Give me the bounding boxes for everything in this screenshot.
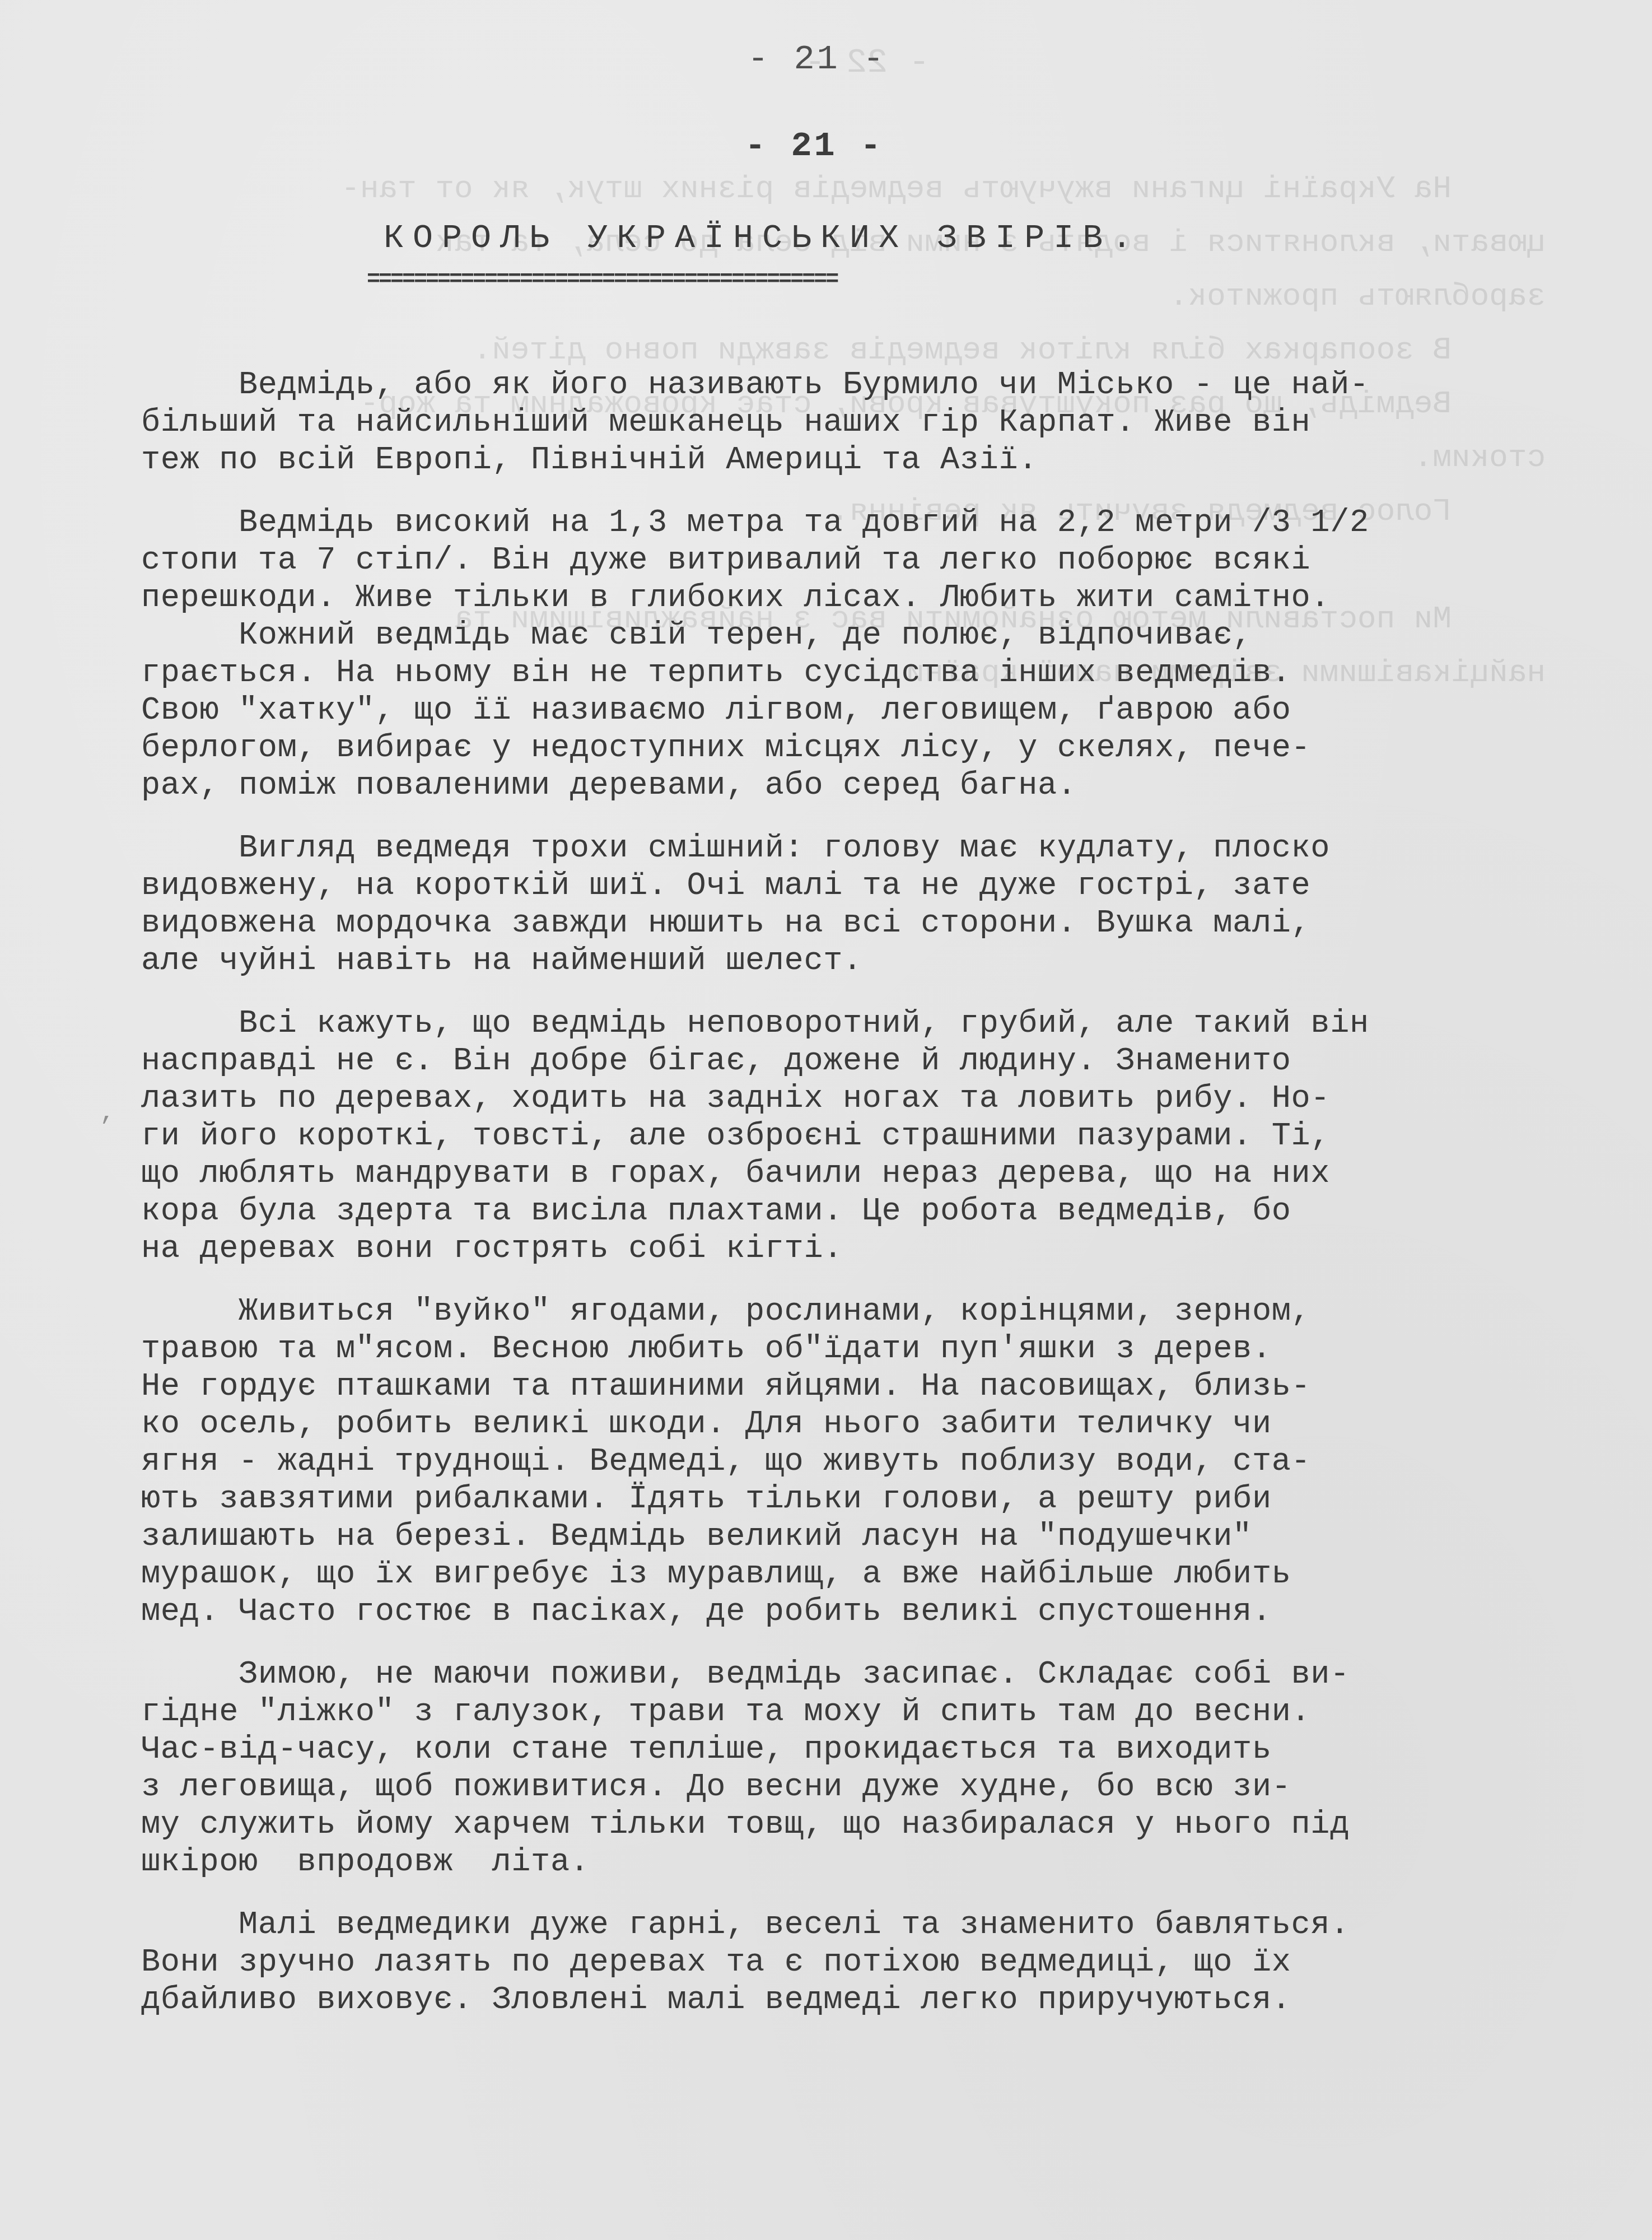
text-line: ють завзятими рибалками. Їдять тільки го… xyxy=(141,1481,1575,1519)
document-title: КОРОЛЬ УКРАЇНСЬКИХ ЗВІРІВ. xyxy=(384,220,1141,258)
text-line: насправді не є. Він добре бігає, дожене … xyxy=(141,1043,1575,1081)
text-line: але чуйні навіть на найменший шелест. xyxy=(141,943,1575,980)
paragraph: Всі кажуть, що ведмідь неповоротний, гру… xyxy=(141,1005,1575,1268)
text-line: Вони зручно лазять по деревах та є потіх… xyxy=(141,1944,1575,1982)
text-line: з леговища, щоб поживитися. До весни дуж… xyxy=(141,1769,1575,1806)
text-line: кора була здерта та висіла плахтами. Це … xyxy=(141,1193,1575,1231)
text-line: му служить йому харчем тільки товщ, що н… xyxy=(141,1806,1575,1844)
paragraph: Вигляд ведмедя трохи смішний: голову має… xyxy=(141,830,1575,980)
text-line: Час-від-часу, коли стане тепліше, прокид… xyxy=(141,1731,1575,1769)
text-line: на деревах вони гострять собі кігті. xyxy=(141,1231,1575,1268)
text-line: Вигляд ведмедя трохи смішний: голову має… xyxy=(141,830,1575,868)
text-line: ко осель, робить великі шкоди. Для нього… xyxy=(141,1406,1575,1443)
text-line: грається. На ньому він не терпить сусідс… xyxy=(141,655,1575,692)
text-line: ги його короткі, товсті, але озброєні ст… xyxy=(141,1118,1575,1156)
paragraph: Ведмідь високий на 1,3 метра та довгий н… xyxy=(141,505,1575,617)
title-underline-rule: ======================================== xyxy=(367,268,837,293)
text-line: Малі ведмедики дуже гарні, веселі та зна… xyxy=(141,1907,1575,1944)
text-line: Не гордує пташками та пташиними яйцями. … xyxy=(141,1368,1575,1406)
text-line: стопи та 7 стіп/. Він дуже витривалий та… xyxy=(141,542,1575,580)
text-line: Ведмідь, або як його називають Бурмило ч… xyxy=(141,367,1575,404)
text-line: теж по всій Европі, Північній Америці та… xyxy=(141,442,1575,479)
text-line: гідне "ліжко" з галузок, трави та моху й… xyxy=(141,1694,1575,1731)
paragraph: Малі ведмедики дуже гарні, веселі та зна… xyxy=(141,1907,1575,2019)
text-line: видовжену, на короткій шиї. Очі малі та … xyxy=(141,868,1575,905)
text-line: мурашок, що їх вигребує із муравлищ, а в… xyxy=(141,1556,1575,1594)
text-line: більший та найсильніший мешканець наших … xyxy=(141,404,1575,442)
text-line: перешкоди. Живе тільки в глибоких лісах.… xyxy=(141,580,1575,617)
text-line: ягня - жадні труднощі. Ведмеді, що живут… xyxy=(141,1443,1575,1481)
text-line: що люблять мандрувати в горах, бачили не… xyxy=(141,1156,1575,1193)
page-number: - 21 - xyxy=(745,126,883,166)
text-line: залишають на березі. Ведмідь великий лас… xyxy=(141,1519,1575,1556)
text-line: дбайливо виховує. Зловлені малі ведмеді … xyxy=(141,1982,1575,2019)
stray-ink-mark: ’ xyxy=(98,1114,114,1143)
text-line: Живиться "вуйко" ягодами, рослинами, кор… xyxy=(141,1293,1575,1331)
text-line: мед. Часто гостює в пасіках, де робить в… xyxy=(141,1594,1575,1631)
text-line: Всі кажуть, що ведмідь неповоротний, гру… xyxy=(141,1005,1575,1043)
text-line: Свою "хатку", що її називаємо лігвом, ле… xyxy=(141,692,1575,730)
text-line: лазить по деревах, ходить на задніх нога… xyxy=(141,1081,1575,1118)
text-line: шкірою впродовж літа. xyxy=(141,1844,1575,1882)
text-line: Кожний ведмідь має свій терен, де полює,… xyxy=(141,617,1575,655)
paragraph: Ведмідь, або як його називають Бурмило ч… xyxy=(141,367,1575,479)
text-line: Ведмідь високий на 1,3 метра та довгий н… xyxy=(141,505,1575,542)
text-line: травою та м"ясом. Весною любить об"їдати… xyxy=(141,1331,1575,1368)
text-line: берлогом, вибирає у недоступних місцях л… xyxy=(141,730,1575,767)
text-line: видовжена мордочка завжди нюшить на всі … xyxy=(141,905,1575,943)
page-number-top: - 21 - xyxy=(748,39,886,79)
text-line: рах, поміж поваленими деревами, або сере… xyxy=(141,767,1575,805)
paragraph: Кожний ведмідь має свій терен, де полює,… xyxy=(141,617,1575,805)
document-body: Ведмідь, або як його називають Бурмило ч… xyxy=(141,367,1575,2045)
paragraph: Живиться "вуйко" ягодами, рослинами, кор… xyxy=(141,1293,1575,1631)
text-line: Зимою, не маючи поживи, ведмідь засипає.… xyxy=(141,1656,1575,1694)
paragraph: Зимою, не маючи поживи, ведмідь засипає.… xyxy=(141,1656,1575,1882)
